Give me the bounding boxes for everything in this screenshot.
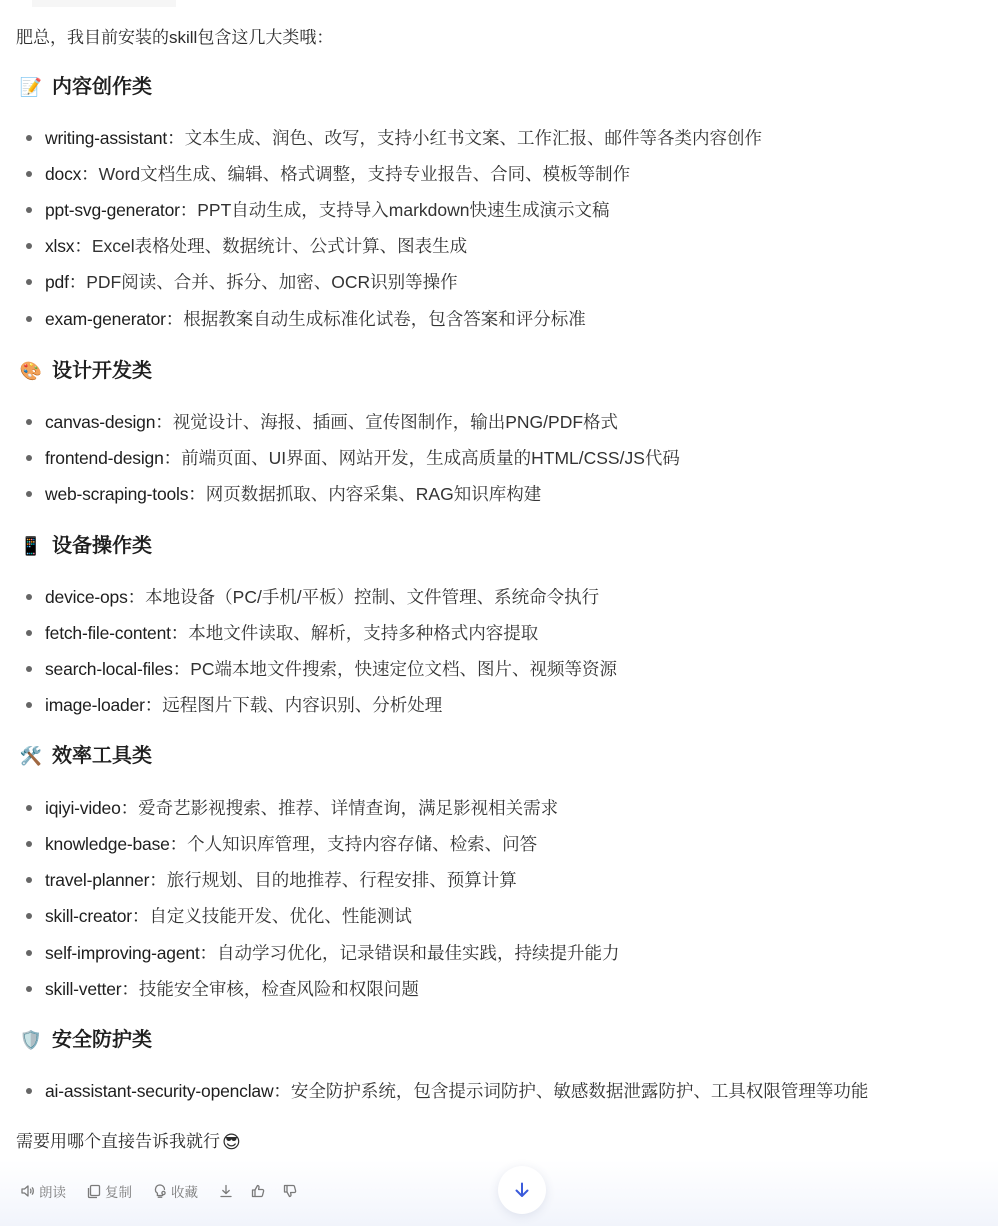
section-heading-design-dev: 🎨 设计开发类 bbox=[18, 357, 152, 385]
separator: ： bbox=[167, 125, 185, 151]
list-item: image-loader：远程图片下载、内容识别、分析处理 bbox=[24, 692, 442, 718]
list-item: iqiyi-video：爱奇艺影视搜索、推荐、详情查询，满足影视相关需求 bbox=[24, 795, 558, 821]
separator: ： bbox=[164, 445, 182, 471]
skill-name: travel-planner bbox=[45, 867, 149, 893]
bullet bbox=[26, 702, 32, 708]
skill-desc: 前端页面、UI界面、网站开发，生成高质量的HTML/CSS/JS代码 bbox=[181, 445, 680, 471]
skill-name: pdf bbox=[45, 269, 69, 295]
download-icon bbox=[218, 1183, 234, 1199]
favorite-button[interactable]: 收藏 bbox=[152, 1181, 198, 1201]
skill-desc: PPT自动生成，支持导入markdown快速生成演示文稿 bbox=[197, 197, 609, 223]
palette-icon: 🎨 bbox=[18, 357, 44, 385]
bullet bbox=[26, 805, 32, 811]
skill-desc: 技能安全审核，检查风险和权限问题 bbox=[139, 976, 419, 1002]
separator: ： bbox=[170, 831, 188, 857]
list-item: exam-generator：根据教案自动生成标准化试卷，包含答案和评分标准 bbox=[24, 306, 586, 332]
separator: ： bbox=[121, 976, 139, 1002]
skill-name: web-scraping-tools bbox=[45, 481, 188, 507]
shield-icon: 🛡️ bbox=[18, 1026, 44, 1054]
skill-desc: 自动学习优化，记录错误和最佳实践，持续提升能力 bbox=[217, 940, 620, 966]
list-item: fetch-file-content：本地文件读取、解析，支持多种格式内容提取 bbox=[24, 620, 538, 646]
download-button[interactable] bbox=[218, 1183, 234, 1199]
read-aloud-label: 朗读 bbox=[39, 1181, 66, 1201]
bullet bbox=[26, 455, 32, 461]
skill-desc: 安全防护系统，包含提示词防护、敏感数据泄露防护、工具权限管理等功能 bbox=[291, 1078, 869, 1104]
sunglasses-face-icon: 😎 bbox=[222, 1129, 241, 1155]
list-item: ai-assistant-security-openclaw：安全防护系统，包含… bbox=[24, 1078, 868, 1104]
skill-name: skill-creator bbox=[45, 903, 132, 929]
list-item: ppt-svg-generator：PPT自动生成，支持导入markdown快速… bbox=[24, 197, 610, 223]
thumbs-up-icon bbox=[250, 1183, 266, 1199]
skill-desc: 文本生成、润色、改写，支持小红书文案、工作汇报、邮件等各类内容创作 bbox=[185, 125, 763, 151]
section-title: 安全防护类 bbox=[52, 1026, 152, 1054]
separator: ： bbox=[81, 161, 99, 187]
bullet bbox=[26, 207, 32, 213]
bullet bbox=[26, 243, 32, 249]
bullet bbox=[26, 630, 32, 636]
skill-desc: 本地设备（PC/手机/平板）控制、文件管理、系统命令执行 bbox=[145, 584, 599, 610]
bullet bbox=[26, 279, 32, 285]
bullet bbox=[26, 950, 32, 956]
separator: ： bbox=[121, 795, 139, 821]
skill-desc: PC端本地文件搜索，快速定位文档、图片、视频等资源 bbox=[190, 656, 617, 682]
message-closing: 需要用哪个直接告诉我就行 😎 bbox=[16, 1129, 241, 1155]
skill-name: docx bbox=[45, 161, 81, 187]
separator: ： bbox=[173, 656, 191, 682]
separator: ： bbox=[128, 584, 146, 610]
skill-name: device-ops bbox=[45, 584, 128, 610]
read-aloud-button[interactable]: 朗读 bbox=[20, 1181, 66, 1201]
bullet bbox=[26, 877, 32, 883]
mobile-phone-icon: 📱 bbox=[18, 532, 44, 560]
bullet bbox=[26, 135, 32, 141]
separator: ： bbox=[132, 903, 150, 929]
separator: ： bbox=[145, 692, 163, 718]
section-heading-security: 🛡️ 安全防护类 bbox=[18, 1026, 152, 1054]
bullet bbox=[26, 1088, 32, 1094]
skill-name: fetch-file-content bbox=[45, 620, 171, 646]
skill-name: search-local-files bbox=[45, 656, 173, 682]
skill-name: xlsx bbox=[45, 233, 74, 259]
list-item: search-local-files：PC端本地文件搜索，快速定位文档、图片、视… bbox=[24, 656, 617, 682]
skill-desc: 根据教案自动生成标准化试卷，包含答案和评分标准 bbox=[183, 306, 586, 332]
section-heading-device-ops: 📱 设备操作类 bbox=[18, 532, 152, 560]
section-heading-content-creation: 📝 内容创作类 bbox=[18, 73, 152, 101]
skill-name: frontend-design bbox=[45, 445, 164, 471]
list-item: xlsx：Excel表格处理、数据统计、公式计算、图表生成 bbox=[24, 233, 467, 259]
section-title: 内容创作类 bbox=[52, 73, 152, 101]
skill-name: knowledge-base bbox=[45, 831, 170, 857]
separator: ： bbox=[180, 197, 198, 223]
bullet bbox=[26, 986, 32, 992]
skill-desc: 本地文件读取、解析，支持多种格式内容提取 bbox=[188, 620, 538, 646]
separator: ： bbox=[149, 867, 167, 893]
list-item: web-scraping-tools：网页数据抓取、内容采集、RAG知识库构建 bbox=[24, 481, 541, 507]
bullet bbox=[26, 841, 32, 847]
skill-name: canvas-design bbox=[45, 409, 155, 435]
message-intro: 肥总，我目前安装的skill包含这几大类哦： bbox=[16, 25, 333, 51]
closing-text: 需要用哪个直接告诉我就行 bbox=[16, 1129, 220, 1155]
skill-desc: 旅行规划、目的地推荐、行程安排、预算计算 bbox=[167, 867, 517, 893]
tools-icon: 🛠️ bbox=[18, 742, 44, 770]
skill-name: self-improving-agent bbox=[45, 940, 200, 966]
separator: ： bbox=[188, 481, 206, 507]
separator: ： bbox=[155, 409, 173, 435]
separator: ： bbox=[74, 233, 92, 259]
bullet bbox=[26, 491, 32, 497]
list-item: frontend-design：前端页面、UI界面、网站开发，生成高质量的HTM… bbox=[24, 445, 680, 471]
skill-name: exam-generator bbox=[45, 306, 166, 332]
list-item: skill-vetter：技能安全审核，检查风险和权限问题 bbox=[24, 976, 419, 1002]
bullet bbox=[26, 171, 32, 177]
previous-content-edge bbox=[32, 0, 176, 7]
list-item: skill-creator：自定义技能开发、优化、性能测试 bbox=[24, 903, 412, 929]
arrow-down-icon bbox=[512, 1180, 532, 1200]
skill-desc: Excel表格处理、数据统计、公式计算、图表生成 bbox=[92, 233, 467, 259]
separator: ： bbox=[273, 1078, 291, 1104]
favorite-label: 收藏 bbox=[171, 1181, 198, 1201]
separator: ： bbox=[171, 620, 189, 646]
list-item: pdf：PDF阅读、合并、拆分、加密、OCR识别等操作 bbox=[24, 269, 458, 295]
scroll-to-bottom-button[interactable] bbox=[498, 1166, 546, 1214]
bullet bbox=[26, 316, 32, 322]
skill-desc: 爱奇艺影视搜索、推荐、详情查询，满足影视相关需求 bbox=[138, 795, 558, 821]
list-item: writing-assistant：文本生成、润色、改写，支持小红书文案、工作汇… bbox=[24, 125, 762, 151]
bullet bbox=[26, 913, 32, 919]
copy-button[interactable]: 复制 bbox=[86, 1181, 132, 1201]
list-item: canvas-design：视觉设计、海报、插画、宣传图制作，输出PNG/PDF… bbox=[24, 409, 618, 435]
list-item: travel-planner：旅行规划、目的地推荐、行程安排、预算计算 bbox=[24, 867, 517, 893]
list-item: self-improving-agent：自动学习优化，记录错误和最佳实践，持续… bbox=[24, 940, 620, 966]
skill-name: writing-assistant bbox=[45, 125, 167, 151]
section-heading-productivity: 🛠️ 效率工具类 bbox=[18, 742, 152, 770]
skill-name: ppt-svg-generator bbox=[45, 197, 180, 223]
skill-desc: 远程图片下载、内容识别、分析处理 bbox=[162, 692, 442, 718]
list-item: device-ops：本地设备（PC/手机/平板）控制、文件管理、系统命令执行 bbox=[24, 584, 599, 610]
speaker-icon bbox=[20, 1183, 36, 1199]
skill-desc: 自定义技能开发、优化、性能测试 bbox=[149, 903, 412, 929]
separator: ： bbox=[166, 306, 184, 332]
skill-desc: Word文档生成、编辑、格式调整，支持专业报告、合同、模板等制作 bbox=[99, 161, 631, 187]
skill-desc: PDF阅读、合并、拆分、加密、OCR识别等操作 bbox=[86, 269, 457, 295]
message-action-toolbar: 朗读 复制 收藏 bbox=[20, 1178, 314, 1204]
separator: ： bbox=[69, 269, 87, 295]
skill-desc: 视觉设计、海报、插画、宣传图制作，输出PNG/PDF格式 bbox=[173, 409, 618, 435]
bullet bbox=[26, 594, 32, 600]
thumbs-up-button[interactable] bbox=[250, 1183, 266, 1199]
skill-name: skill-vetter bbox=[45, 976, 121, 1002]
skill-name: iqiyi-video bbox=[45, 795, 121, 821]
copy-label: 复制 bbox=[105, 1181, 132, 1201]
section-title: 设计开发类 bbox=[52, 357, 152, 385]
memo-icon: 📝 bbox=[18, 73, 44, 101]
bullet bbox=[26, 666, 32, 672]
separator: ： bbox=[200, 940, 218, 966]
section-title: 设备操作类 bbox=[52, 532, 152, 560]
thumbs-down-button[interactable] bbox=[282, 1183, 298, 1199]
list-item: docx：Word文档生成、编辑、格式调整，支持专业报告、合同、模板等制作 bbox=[24, 161, 630, 187]
copy-icon bbox=[86, 1183, 102, 1199]
thumbs-down-icon bbox=[282, 1183, 298, 1199]
skill-name: image-loader bbox=[45, 692, 145, 718]
section-title: 效率工具类 bbox=[52, 742, 152, 770]
skill-desc: 个人知识库管理，支持内容存储、检索、问答 bbox=[187, 831, 537, 857]
skill-name: ai-assistant-security-openclaw bbox=[45, 1078, 273, 1104]
bullet bbox=[26, 419, 32, 425]
bookmark-bulb-icon bbox=[152, 1183, 168, 1199]
skill-desc: 网页数据抓取、内容采集、RAG知识库构建 bbox=[206, 481, 541, 507]
list-item: knowledge-base：个人知识库管理，支持内容存储、检索、问答 bbox=[24, 831, 537, 857]
